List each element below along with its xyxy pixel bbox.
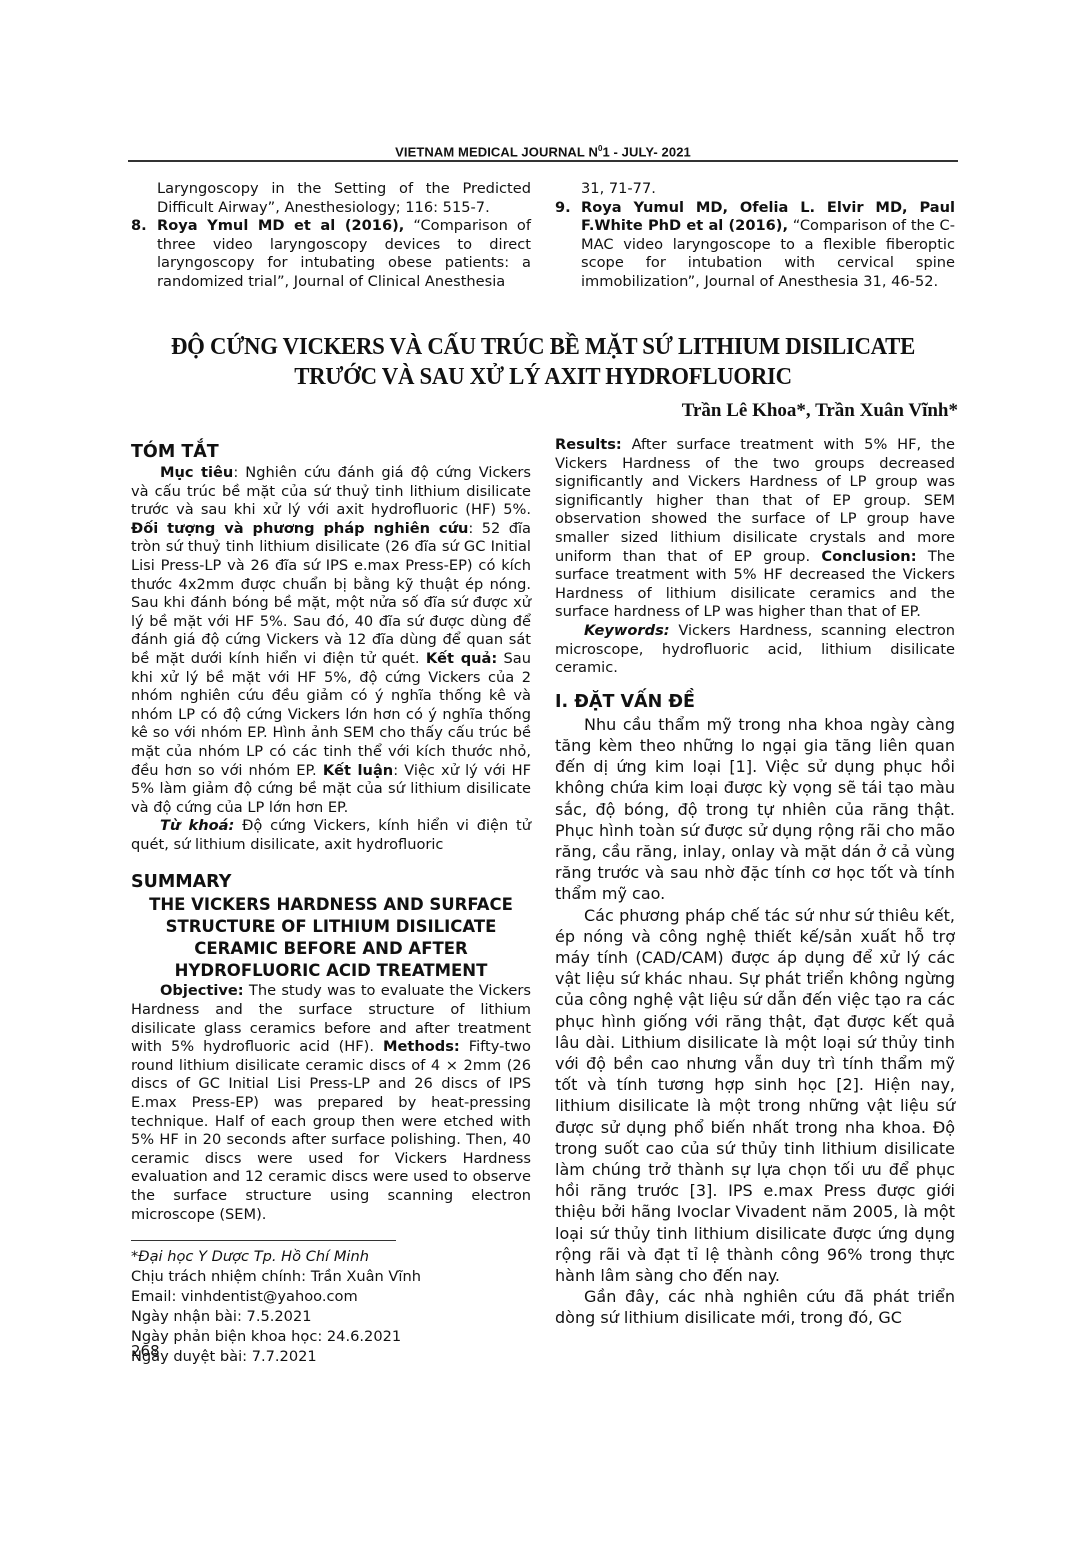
objective-label: Objective:	[160, 982, 244, 999]
results-text: Sau khi xử lý bề mặt với HF 5%, độ cứng …	[131, 650, 531, 779]
journal-header: VIETNAM MEDICAL JOURNAL N01 - JULY- 2021	[128, 144, 958, 159]
footnote-rule	[131, 1240, 396, 1241]
tomtat-keywords: Từ khoá: Độ cứng Vickers, kính hiển vi đ…	[131, 817, 531, 854]
section-1-para-3: Gần đây, các nhà nghiên cứu đã phát triể…	[555, 1286, 955, 1328]
summary-keywords: Keywords: Vickers Hardness, scanning ele…	[555, 622, 955, 678]
article-authors: Trần Lê Khoa*, Trần Xuân Vĩnh*	[682, 400, 958, 422]
methods-label: Methods:	[383, 1038, 460, 1055]
tomtat-abstract: Mục tiêu: Nghiên cứu đánh giá độ cứng Vi…	[131, 464, 531, 817]
header-rule	[128, 160, 958, 162]
keywords-label: Keywords:	[584, 622, 670, 639]
journal-issue: 1 - JULY- 2021	[603, 144, 691, 159]
page-number: 268	[131, 1342, 160, 1360]
methods-label: Đối tượng và phương pháp nghiên cứu	[131, 520, 468, 537]
objective-label: Mục tiêu	[160, 464, 233, 481]
title-line-1: ĐỘ CỨNG VICKERS VÀ CẤU TRÚC BỀ MẶT SỨ LI…	[157, 332, 929, 362]
reference-number: 8.	[131, 217, 147, 236]
keywords-label: Từ khoá:	[160, 817, 234, 834]
summary-abstract-right: Results: After surface treatment with 5%…	[555, 436, 955, 622]
reference-9: 9.Roya Yumul MD, Ofelia L. Elvir MD, Pau…	[555, 199, 955, 292]
affiliation: *Đại học Y Dược Tp. Hồ Chí Minh	[131, 1248, 369, 1265]
section-1-para-2: Các phương pháp chế tác sứ như sứ thiêu …	[555, 905, 955, 1287]
section-1-heading: I. ĐẶT VẤN ĐỀ	[555, 690, 955, 714]
methods-text: Fifty-two round lithium disilicate ceram…	[131, 1038, 531, 1222]
reference-continuation: 31, 71-77.	[555, 180, 955, 199]
summary-title: THE VICKERS HARDNESS AND SURFACE STRUCTU…	[131, 894, 531, 982]
received-date: Ngày nhận bài: 7.5.2021	[131, 1307, 531, 1327]
conclusion-label: Kết luận	[323, 762, 393, 779]
reference-authors: Roya Ymul MD et al (2016),	[157, 217, 404, 234]
conclusion-label: Conclusion:	[821, 548, 916, 565]
journal-name: VIETNAM MEDICAL JOURNAL N	[395, 144, 598, 159]
tomtat-heading: TÓM TẮT	[131, 440, 531, 464]
summary-abstract-left: Objective: The study was to evaluate the…	[131, 982, 531, 1224]
results-text: After surface treatment with 5% HF, the …	[555, 436, 955, 565]
methods-text: : 52 đĩa tròn sứ thuỷ tinh lithium disil…	[131, 520, 531, 667]
left-column: TÓM TẮT Mục tiêu: Nghiên cứu đánh giá độ…	[131, 440, 531, 1367]
right-column: Results: After surface treatment with 5%…	[555, 436, 955, 1329]
references-right: 31, 71-77. 9.Roya Yumul MD, Ofelia L. El…	[555, 180, 955, 292]
results-label: Results:	[555, 436, 622, 453]
article-title: ĐỘ CỨNG VICKERS VÀ CẤU TRÚC BỀ MẶT SỨ LI…	[157, 332, 929, 392]
results-label: Kết quả:	[426, 650, 497, 667]
references-left: Laryngoscopy in the Setting of the Predi…	[131, 180, 531, 292]
reviewed-date: Ngày phản biện khoa học: 24.6.2021	[131, 1327, 531, 1347]
summary-heading: SUMMARY	[131, 870, 531, 894]
responsible-author: Chịu trách nhiệm chính: Trần Xuân Vĩnh	[131, 1267, 531, 1287]
reference-8: 8.Roya Ymul MD et al (2016), “Comparison…	[131, 217, 531, 291]
footnotes: *Đại học Y Dược Tp. Hồ Chí Minh Chịu trá…	[131, 1247, 531, 1367]
section-1-para-1: Nhu cầu thẩm mỹ trong nha khoa ngày càng…	[555, 714, 955, 905]
title-line-2: TRƯỚC VÀ SAU XỬ LÝ AXIT HYDROFLUORIC	[157, 362, 929, 392]
reference-continuation: Laryngoscopy in the Setting of the Predi…	[131, 180, 531, 217]
reference-number: 9.	[555, 199, 571, 218]
accepted-date: Ngày duyệt bài: 7.7.2021	[131, 1347, 531, 1367]
email: Email: vinhdentist@yahoo.com	[131, 1287, 531, 1307]
